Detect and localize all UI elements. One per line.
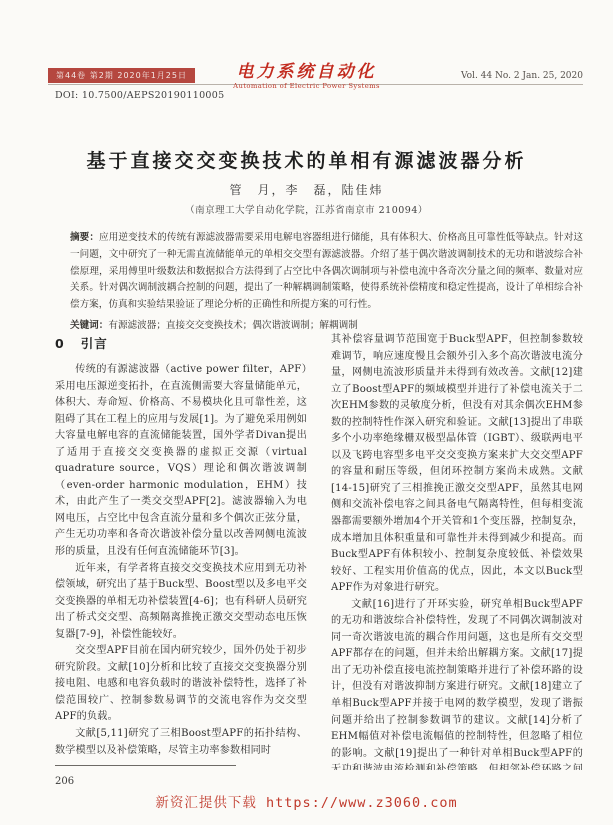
body-paragraph: 其补偿容量调节范围宽于Buck型APF，但控制参数较难调节，响应速度慢且会额外引… <box>331 332 583 597</box>
paper-page: 第44卷 第2期 2020年1月25日 DOI: 10.7500/AEPS201… <box>0 0 613 825</box>
author-affiliation: （南京理工大学自动化学院，江苏省南京市 210094） <box>0 202 613 216</box>
section-heading: 0引言 <box>55 334 307 352</box>
body-paragraph: 近年来，有学者将直接交交变换技术应用到无功补偿领域，研究出了基于Buck型、Bo… <box>55 561 307 644</box>
page-number: 206 <box>55 776 74 787</box>
body-paragraph: 传统的有源滤波器（active power filter，APF）采用电压源逆变… <box>55 362 307 561</box>
article-title: 基于直接交交变换技术的单相有源滤波器分析 <box>0 146 613 173</box>
body-columns: 0引言 传统的有源滤波器（active power filter，APF）采用电… <box>55 332 583 770</box>
doi-text: DOI: 10.7500/AEPS20190110005 <box>55 90 224 101</box>
section-number: 0 <box>55 336 65 351</box>
volume-issue-info: Vol. 44 No. 2 Jan. 25, 2020 <box>461 71 583 81</box>
watermark-text: 新资汇提供下载 https://www.z3060.com <box>0 791 613 811</box>
footnote-block: 收稿日期：2019-01-10；修回日期：2019-03-27。 上网日期：20… <box>55 759 307 770</box>
journal-header: 第44卷 第2期 2020年1月25日 DOI: 10.7500/AEPS201… <box>0 0 613 110</box>
body-paragraph: 文献[16]进行了开环实验，研究单相Buck型APF的无功和谐波综合补偿特性，发… <box>331 597 583 770</box>
keywords-body: 有源滤波器；直接交交变换技术；偶次谐波调制；解耦调制 <box>108 320 357 331</box>
journal-logo: 电力系统自动化 <box>227 60 387 84</box>
footnote-rule <box>55 765 236 766</box>
right-column: 其补偿容量调节范围宽于Buck型APF，但控制参数较难调节，响应速度慢且会额外引… <box>331 332 583 770</box>
section-title: 引言 <box>81 336 108 351</box>
author-names: 管 月，李 磊，陆佳炜 <box>0 181 613 198</box>
abstract-text: 摘要：应用逆变技术的传统有源滤波器需要采用电解电容器组进行储能，具有体积大、价格… <box>70 230 583 314</box>
abstract-body: 应用逆变技术的传统有源滤波器需要采用电解电容器组进行储能，具有体积大、价格高且可… <box>70 232 583 310</box>
journal-name-en: Automation of Electric Power Systems <box>0 82 613 90</box>
abstract-block: 摘要：应用逆变技术的传统有源滤波器需要采用电解电容器组进行储能，具有体积大、价格… <box>70 230 583 335</box>
body-paragraph: 交交型APF目前在国内研究较少，国外仍处于初步研究阶段。文献[10]分析和比较了… <box>55 643 307 726</box>
body-paragraph: 文献[5,11]研究了三相Boost型APF的拓扑结构、数学模型以及补偿策略，尽… <box>55 726 307 759</box>
abstract-label: 摘要： <box>70 232 99 243</box>
left-column: 0引言 传统的有源滤波器（active power filter，APF）采用电… <box>55 332 307 770</box>
keywords-label: 关键词： <box>70 320 108 331</box>
